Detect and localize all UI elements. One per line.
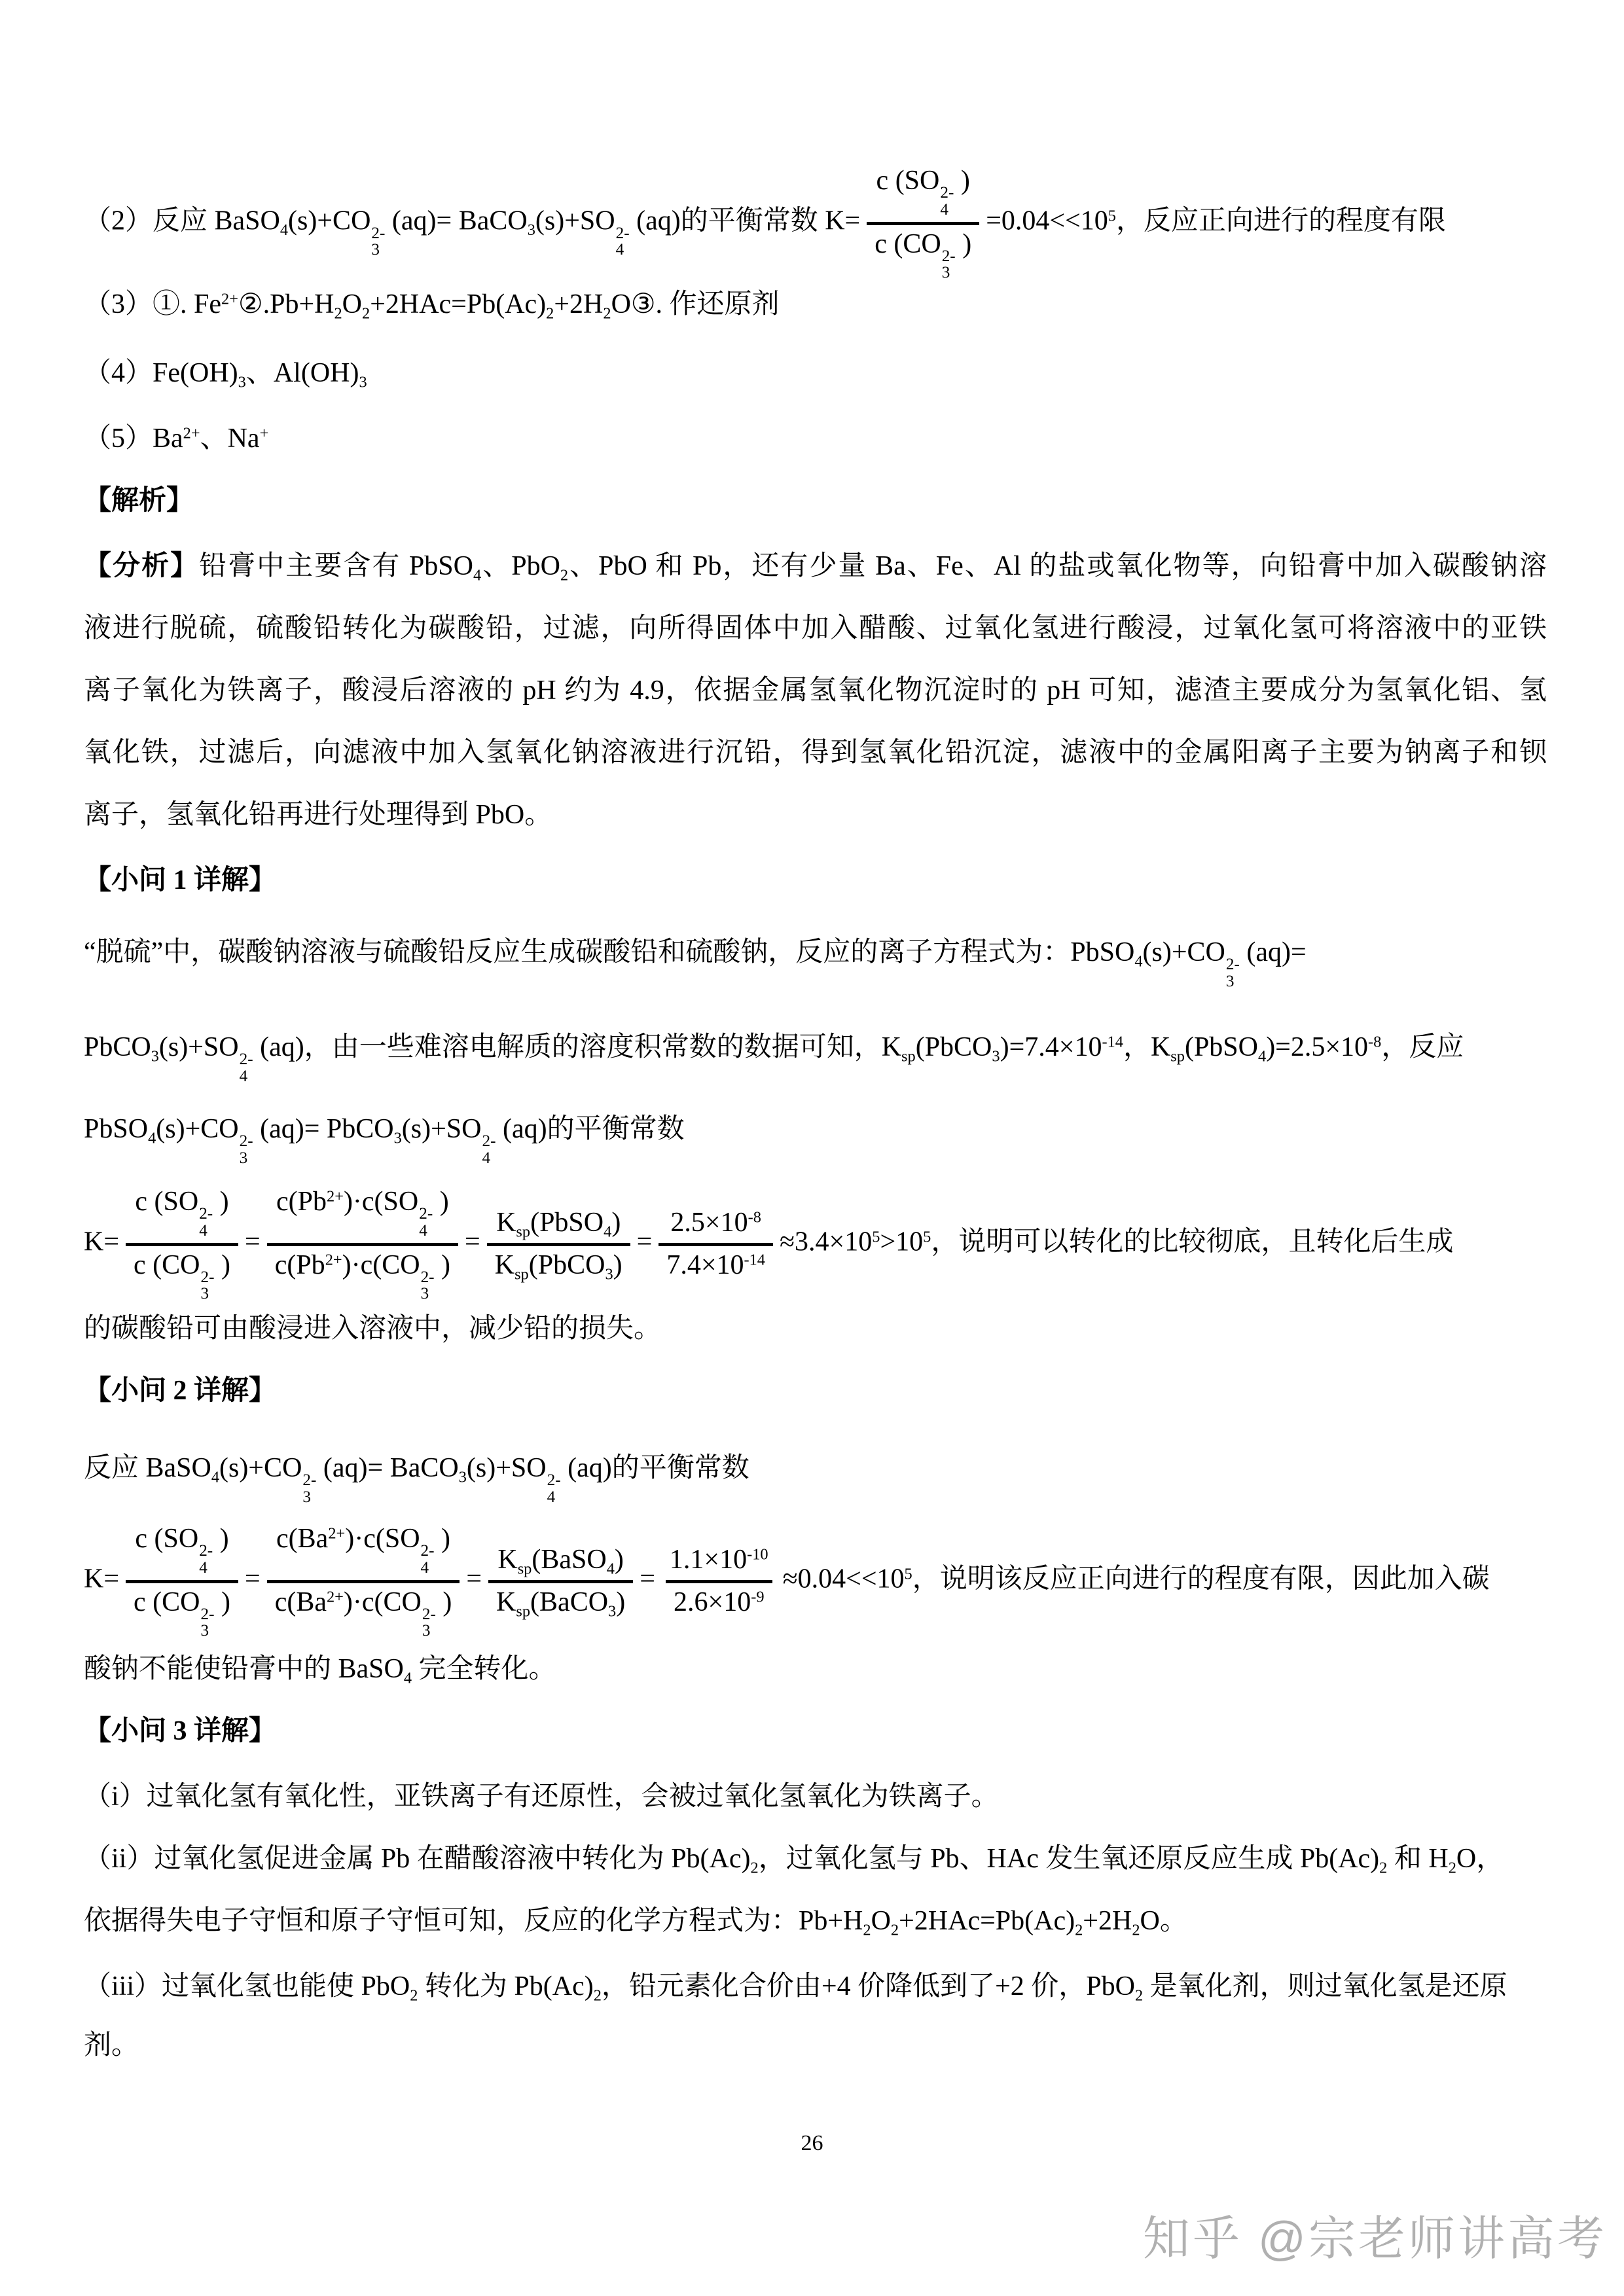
text-run: （4）Fe(OH) (84, 358, 238, 388)
document-page: （2）反应 BaSO4(s)+CO2-3 (aq)= BaCO3(s)+SO2-… (0, 0, 1624, 2296)
ion-charge: 2- (616, 225, 630, 242)
document-line: 【小问 2 详解】 (84, 1374, 276, 1408)
fraction: c (SO2-4 )c (CO2-3 ) (126, 1185, 238, 1304)
ion-charge: 2- (201, 1269, 215, 1286)
text-run: ) (613, 1250, 623, 1280)
fraction-numerator: c (SO2-4 ) (127, 1185, 236, 1243)
text-run: +2H (554, 289, 603, 319)
text-run: (s)+SO (402, 1114, 482, 1144)
ion-subscript: 4 (199, 1560, 208, 1577)
text-run: O (342, 289, 362, 319)
text-run: 依据得失电子守恒和原子守恒可知，反应的化学方程式为：Pb+H (84, 1906, 863, 1936)
text-run: K= (84, 1564, 119, 1594)
document-line: 离子氧化为铁离子，酸浸后溶液的 pH 约为 4.9，依据金属氢氧化物沉淀时的 p… (84, 674, 1547, 708)
fraction-numerator: Ksp(BaSO4) (490, 1543, 632, 1580)
fraction: Ksp(PbSO4)Ksp(PbCO3) (487, 1206, 630, 1283)
text-run: )=7.4×10 (1000, 1032, 1102, 1062)
ion-charge: 2- (240, 1051, 253, 1068)
text-run: ，说明可以转化的比较彻底，且转化后生成 (931, 1227, 1453, 1257)
text-run: c(Ba (275, 1587, 327, 1617)
text-run: （5）Ba (84, 423, 183, 454)
fraction-denominator: 7.4×10-14 (659, 1243, 773, 1283)
ion-charge-stack: 2-4 (940, 185, 954, 218)
text-run: ) (435, 1524, 451, 1554)
subscript: 3 (528, 221, 535, 239)
text-run: (PbCO (916, 1032, 992, 1062)
text-run: (PbSO (1185, 1032, 1258, 1062)
text-run: = (245, 1564, 261, 1594)
subscript: 3 (394, 1130, 402, 1147)
subscript: sp (516, 1602, 530, 1620)
ion-charge-stack: 2-4 (547, 1472, 561, 1505)
subscript: 4 (280, 221, 288, 239)
fraction: c (SO2-4 )c (CO2-3 ) (126, 1522, 238, 1641)
text-run: ) (611, 1208, 621, 1238)
document-line: 离子，氢氧化铅再进行处理得到 PbO。 (84, 798, 552, 832)
ion-charge: 2- (371, 225, 385, 242)
text-run: ) (433, 1187, 449, 1217)
text-run: (BaCO (530, 1587, 608, 1617)
text-run: 、Al(OH) (246, 358, 359, 388)
ion-subscript: 3 (371, 242, 380, 259)
text-run: 完全转化。 (412, 1654, 556, 1684)
text-run: )·c(CO (342, 1250, 420, 1280)
text-run: ) (435, 1250, 451, 1280)
subscript: 4 (1258, 1048, 1266, 1066)
text-run: )·c(CO (344, 1587, 422, 1617)
subscript: 4 (148, 1130, 156, 1147)
subscript: 2 (546, 305, 554, 323)
ion-charge: 2- (940, 185, 954, 202)
ion-subscript: 3 (240, 1150, 248, 1167)
text-run: ) (616, 1587, 625, 1617)
subscript: 4 (604, 1223, 611, 1240)
superscript: -8 (1368, 1033, 1381, 1051)
ion-charge: 2- (547, 1472, 561, 1489)
text-run: (aq)= PbCO (253, 1114, 394, 1144)
fraction-numerator: c(Ba2+)·c(SO2-4 ) (268, 1522, 458, 1580)
subscript: 3 (605, 1265, 613, 1283)
text-run: (aq)，由一些难溶电解质的溶度积常数的数据可知，K (253, 1032, 901, 1062)
subscript: 2 (1449, 1859, 1456, 1877)
text-run: PbCO (84, 1032, 151, 1062)
text-run: 、PbO (481, 551, 560, 581)
text-run: ，反应 (1381, 1032, 1464, 1062)
ion-charge-stack: 2-4 (419, 1206, 433, 1239)
ion-charge-stack: 2-3 (201, 1606, 215, 1640)
text-run: (aq)= (1240, 937, 1307, 967)
subscript: 4 (473, 567, 481, 584)
text-run: =0.04<<10 (986, 206, 1108, 236)
text-run: ，说明该反应正向进行的程度有限，因此加入碳 (912, 1564, 1490, 1594)
text-run: c (SO (135, 1524, 198, 1554)
ion-charge-stack: 2-3 (1226, 956, 1240, 990)
text-run: = (640, 1564, 655, 1594)
text-run: 反应 BaSO (84, 1453, 211, 1483)
superscript: 2+ (328, 1525, 345, 1543)
ion-charge-stack: 2-3 (422, 1606, 436, 1640)
text-run: 氧化铁，过滤后，向滤液中加入氢氧化钠溶液进行沉铅，得到氢氧化铅沉淀，滤液中的金属… (84, 738, 1547, 768)
text-run: c (SO (135, 1187, 198, 1217)
document-line: 反应 BaSO4(s)+CO2-3 (aq)= BaCO3(s)+SO2-4 (… (84, 1452, 749, 1506)
fraction: c(Ba2+)·c(SO2-4 )c(Ba2+)·c(CO2-3 ) (267, 1522, 460, 1641)
text-run: （i）过氧化氢有氧化性，亚铁离子有还原性，会被过氧化氢氧化为铁离子。 (84, 1782, 999, 1812)
document-line: 【解析】 (84, 484, 194, 518)
text-run: O， (1456, 1844, 1504, 1874)
ion-subscript: 4 (421, 1560, 429, 1577)
text-run: +2HAc=Pb(Ac) (370, 289, 546, 319)
text-run: 和 H (1387, 1844, 1448, 1874)
ion-subscript: 4 (482, 1150, 491, 1167)
document-line: （ii）过氧化氢促进金属 Pb 在醋酸溶液中转化为 Pb(Ac)2，过氧化氢与 … (84, 1842, 1504, 1876)
text-run: ) (615, 1545, 624, 1575)
text-run: 酸钠不能使铅膏中的 BaSO (84, 1654, 404, 1684)
text-run: ) (215, 1250, 231, 1280)
subscript: 3 (359, 374, 367, 391)
ion-charge: 2- (421, 1269, 435, 1286)
ion-subscript: 4 (547, 1489, 556, 1506)
subscript: 4 (1134, 953, 1142, 971)
text-run: ≈3.4×10 (780, 1227, 872, 1257)
ion-charge-stack: 2-4 (421, 1543, 435, 1576)
fraction-numerator: 1.1×10-10 (662, 1543, 776, 1580)
superscript: 2+ (327, 1188, 344, 1206)
document-line: （3）①. Fe2+②.Pb+H2O2+2HAc=Pb(Ac)2+2H2O③. … (84, 288, 780, 321)
ion-charge: 2- (199, 1543, 213, 1560)
document-line: “脱硫”中，碳酸钠溶液与硫酸铅反应生成碳酸铅和硫酸钠，反应的离子方程式为：PbS… (84, 936, 1307, 990)
text-run: (s)+CO (1143, 937, 1225, 967)
text-run: c(Pb (276, 1187, 327, 1217)
subscript: sp (514, 1265, 529, 1283)
text-run: K (497, 1545, 517, 1575)
document-line: 酸钠不能使铅膏中的 BaSO4 完全转化。 (84, 1653, 556, 1686)
text-run: （3）①. Fe (84, 289, 221, 319)
document-line: 液进行脱硫，硫酸铅转化为碳酸铅，过滤，向所得固体中加入醋酸、过氧化氢进行酸浸，过… (84, 612, 1547, 645)
subscript: 2 (594, 1987, 602, 2005)
ion-subscript: 4 (199, 1223, 208, 1240)
text-run: 、Na (200, 423, 260, 454)
subscript: 4 (211, 1469, 219, 1486)
text-run: 铅膏中主要含有 PbSO (199, 551, 473, 581)
text-run: K= (84, 1227, 119, 1257)
fraction: c(Pb2+)·c(SO2-4 )c(Pb2+)·c(CO2-3 ) (267, 1185, 458, 1304)
ion-charge-stack: 2-4 (616, 225, 630, 259)
document-line: （4）Fe(OH)3、Al(OH)3 (84, 357, 367, 390)
superscript: -9 (751, 1588, 764, 1605)
text-run: (s)+SO (159, 1032, 239, 1062)
fraction: 2.5×10-87.4×10-14 (659, 1206, 773, 1283)
superscript: -8 (748, 1209, 761, 1227)
text-run: （iii）过氧化氢也能使 PbO (84, 1971, 410, 2001)
ion-charge: 2- (201, 1606, 215, 1623)
text-run: 转化为 Pb(Ac) (418, 1971, 593, 2001)
subscript: sp (1170, 1048, 1185, 1066)
ion-charge: 2- (942, 248, 956, 265)
superscript: 5 (872, 1228, 880, 1246)
text-run: ) (436, 1587, 452, 1617)
document-line: 【分析】铅膏中主要含有 PbSO4、PbO2、PbO 和 Pb，还有少量 Ba、… (84, 550, 1547, 583)
fraction: 1.1×10-102.6×10-9 (662, 1543, 776, 1620)
text-run: ) (956, 229, 972, 259)
text-run: 液进行脱硫，硫酸铅转化为碳酸铅，过滤，向所得固体中加入醋酸、过氧化氢进行酸浸，过… (84, 613, 1547, 643)
superscript: 5 (923, 1228, 931, 1246)
document-line: PbSO4(s)+CO2-3 (aq)= PbCO3(s)+SO2-4 (aq)… (84, 1113, 685, 1167)
text-run: (s)+CO (288, 206, 370, 236)
fraction-numerator: Ksp(PbSO4) (488, 1206, 628, 1243)
text-run: = (466, 1564, 482, 1594)
text-run: （ii）过氧化氢促进金属 Pb 在醋酸溶液中转化为 Pb(Ac) (84, 1844, 751, 1874)
subscript: 2 (603, 305, 611, 323)
document-line: K=c (SO2-4 )c (CO2-3 )=c(Pb2+)·c(SO2-4 )… (84, 1185, 1453, 1304)
subscript: 2 (1379, 1859, 1387, 1877)
text-run: (PbCO (529, 1250, 605, 1280)
document-line: K=c (SO2-4 )c (CO2-3 )=c(Ba2+)·c(SO2-4 )… (84, 1522, 1490, 1641)
text-run: +2H (1083, 1906, 1132, 1936)
text-run: >10 (880, 1227, 923, 1257)
ion-charge-stack: 2-4 (482, 1133, 496, 1166)
text-run: 离子氧化为铁离子，酸浸后溶液的 pH 约为 4.9，依据金属氢氧化物沉淀时的 p… (84, 675, 1547, 706)
subscript: 2 (1075, 1922, 1083, 1939)
document-line: 【小问 3 详解】 (84, 1715, 276, 1748)
text-run: 1.1×10 (670, 1545, 747, 1575)
superscript: 5 (905, 1565, 912, 1583)
watermark: 知乎 @宗老师讲高考 (1143, 2200, 1607, 2269)
fraction: c (SO2-4 )c (CO2-3 ) (867, 164, 979, 283)
document-line: 的碳酸铅可由酸浸进入溶液中，减少铅的损失。 (84, 1312, 661, 1346)
text-run: 7.4×10 (666, 1250, 744, 1280)
subscript: sp (518, 1560, 532, 1577)
document-line: （iii）过氧化氢也能使 PbO2 转化为 Pb(Ac)2，铅元素化合价由+4 … (84, 1970, 1507, 2003)
text-run: ，反应正向进行的程度有限 (1116, 206, 1446, 236)
ion-charge: 2- (1226, 956, 1240, 973)
text-run: O③. 作还原剂 (611, 289, 780, 319)
ion-subscript: 4 (940, 202, 948, 219)
fraction-denominator: 2.6×10-9 (666, 1580, 772, 1621)
fraction-denominator: c(Pb2+)·c(CO2-3 ) (267, 1243, 458, 1304)
text-run: c (CO (875, 229, 941, 259)
superscript: 2+ (221, 291, 238, 308)
subscript: 2 (334, 305, 342, 323)
document-line: 依据得失电子守恒和原子守恒可知，反应的化学方程式为：Pb+H2O2+2HAc=P… (84, 1905, 1187, 1938)
text-run: ≈0.04<<10 (783, 1564, 905, 1594)
subscript: 2 (751, 1859, 759, 1877)
fraction-numerator: c (SO2-4 ) (127, 1522, 236, 1580)
text-run: +2HAc=Pb(Ac) (899, 1906, 1075, 1936)
superscript: 2+ (183, 425, 200, 442)
text-run: K (495, 1250, 514, 1280)
text-run: (aq)的平衡常数 (496, 1114, 684, 1144)
text-run: ②.Pb+H (238, 289, 334, 319)
subscript: 3 (459, 1469, 467, 1486)
text-run: 2.6×10 (674, 1587, 751, 1617)
subscript: 4 (607, 1560, 615, 1577)
ion-charge-stack: 2-3 (942, 248, 956, 281)
text-run: )·c(SO (345, 1524, 420, 1554)
document-line: 【小问 1 详解】 (84, 864, 276, 897)
text-run: (s)+CO (156, 1114, 238, 1144)
text-run: )=2.5×10 (1266, 1032, 1368, 1062)
fraction-denominator: Ksp(PbCO3) (487, 1243, 630, 1283)
document-line: （2）反应 BaSO4(s)+CO2-3 (aq)= BaCO3(s)+SO2-… (84, 164, 1446, 283)
subscript: 4 (404, 1670, 412, 1687)
fraction-denominator: c (CO2-3 ) (126, 1580, 238, 1641)
document-line: （i）过氧化氢有氧化性，亚铁离子有还原性，会被过氧化氢氧化为铁离子。 (84, 1780, 999, 1814)
subscript: 3 (608, 1602, 616, 1620)
text-run: ) (213, 1524, 229, 1554)
document-line: PbCO3(s)+SO2-4 (aq)，由一些难溶电解质的溶度积常数的数据可知，… (84, 1031, 1464, 1085)
ion-charge: 2- (199, 1206, 213, 1223)
superscript: 5 (1108, 207, 1116, 224)
text-run: c (CO (134, 1250, 200, 1280)
text-run: 【小问 3 详解】 (84, 1716, 276, 1746)
subscript: 2 (1132, 1922, 1140, 1939)
fraction-denominator: c (CO2-3 ) (126, 1243, 238, 1304)
ion-charge-stack: 2-3 (201, 1269, 215, 1302)
subscript: 2 (1135, 1987, 1143, 2005)
text-run: 离子，氢氧化铅再进行处理得到 PbO。 (84, 800, 552, 830)
document-line: 氧化铁，过滤后，向滤液中加入氢氧化钠溶液进行沉铅，得到氢氧化铅沉淀，滤液中的金属… (84, 736, 1547, 770)
subscript: sp (901, 1048, 916, 1066)
subscript: 3 (151, 1048, 159, 1066)
ion-charge: 2- (422, 1606, 436, 1623)
fraction-numerator: c (SO2-4 ) (869, 164, 978, 222)
superscript: 2+ (325, 1251, 342, 1268)
text-run: ) (213, 1187, 229, 1217)
ion-charge-stack: 2-3 (421, 1269, 435, 1302)
subscript: 2 (410, 1987, 418, 2005)
subscript: 2 (891, 1922, 899, 1939)
fraction-numerator: 2.5×10-8 (662, 1206, 768, 1243)
ion-subscript: 3 (422, 1623, 431, 1640)
ion-subscript: 4 (240, 1068, 248, 1085)
ion-subscript: 3 (302, 1489, 311, 1506)
text-run: 【分析】 (84, 551, 199, 581)
text-run: = (245, 1227, 261, 1257)
text-run: = (465, 1227, 480, 1257)
text-run: = (637, 1227, 653, 1257)
text-run: (s)+SO (467, 1453, 547, 1483)
ion-charge-stack: 2-3 (240, 1133, 253, 1166)
superscript: -14 (1102, 1033, 1123, 1051)
text-run: 【小问 1 详解】 (84, 865, 276, 895)
fraction-numerator: c(Pb2+)·c(SO2-4 ) (268, 1185, 457, 1243)
text-run: (aq)= BaCO (385, 206, 527, 236)
text-run: ，铅元素化合价由+4 价降低到了+2 价，PbO (602, 1971, 1135, 2001)
text-run: 剂。 (84, 2030, 139, 2060)
text-run: 是氧化剂，则过氧化氢是还原 (1143, 1971, 1507, 2001)
text-run: (aq)的平衡常数 K= (630, 206, 861, 236)
text-run: ，过氧化氢与 Pb、HAc 发生氧还原反应生成 Pb(Ac) (759, 1844, 1379, 1874)
ion-subscript: 3 (421, 1285, 429, 1302)
text-run: ) (954, 166, 970, 196)
text-run: c (CO (134, 1587, 200, 1617)
text-run: c (SO (876, 166, 940, 196)
text-run: (s)+SO (535, 206, 615, 236)
ion-subscript: 3 (201, 1623, 209, 1640)
text-run: K (496, 1208, 516, 1238)
fraction-denominator: Ksp(BaCO3) (488, 1580, 633, 1621)
superscript: -10 (747, 1546, 768, 1564)
text-run: c(Pb (275, 1250, 325, 1280)
text-run: ，K (1123, 1032, 1170, 1062)
text-run: (BaSO (532, 1545, 606, 1575)
superscript: -14 (744, 1251, 765, 1268)
ion-subscript: 4 (616, 242, 624, 259)
text-run: ) (215, 1587, 231, 1617)
subscript: 3 (238, 374, 246, 391)
ion-charge: 2- (419, 1206, 433, 1223)
text-run: 【小问 2 详解】 (84, 1376, 276, 1406)
ion-charge-stack: 2-3 (302, 1472, 316, 1505)
text-run: 的碳酸铅可由酸浸进入溶液中，减少铅的损失。 (84, 1314, 661, 1344)
text-run: (aq)的平衡常数 (561, 1453, 749, 1483)
text-run: （2）反应 BaSO (84, 206, 280, 236)
document-line: （5）Ba2+、Na+ (84, 422, 268, 456)
subscript: sp (516, 1223, 530, 1240)
ion-charge: 2- (302, 1472, 316, 1489)
ion-charge-stack: 2-4 (240, 1051, 253, 1085)
superscript: + (260, 425, 269, 442)
ion-subscript: 3 (942, 264, 950, 281)
ion-charge-stack: 2-4 (199, 1543, 213, 1576)
text-run: K (496, 1587, 516, 1617)
text-run: O。 (1140, 1906, 1187, 1936)
text-run: (s)+CO (219, 1453, 302, 1483)
text-run: “脱硫”中，碳酸钠溶液与硫酸铅反应生成碳酸铅和硫酸钠，反应的离子方程式为：PbS… (84, 937, 1134, 967)
text-run: c(Ba (276, 1524, 328, 1554)
fraction-denominator: c(Ba2+)·c(CO2-3 ) (267, 1580, 460, 1641)
fraction: Ksp(BaSO4)Ksp(BaCO3) (488, 1543, 633, 1620)
ion-subscript: 3 (1226, 973, 1235, 990)
fraction-denominator: c (CO2-3 ) (867, 222, 979, 283)
superscript: 2+ (327, 1588, 344, 1605)
subscript: 2 (560, 567, 568, 584)
ion-subscript: 4 (419, 1223, 427, 1240)
ion-charge: 2- (421, 1543, 435, 1560)
text-run: (PbSO (530, 1208, 604, 1238)
ion-charge-stack: 2-4 (199, 1206, 213, 1239)
text-run: 【解析】 (84, 486, 194, 516)
ion-charge: 2- (240, 1133, 253, 1150)
text-run: O (871, 1906, 891, 1936)
ion-subscript: 3 (201, 1285, 209, 1302)
document-line: 剂。 (84, 2029, 139, 2062)
ion-charge: 2- (482, 1133, 496, 1150)
text-run: )·c(SO (344, 1187, 418, 1217)
page-number: 26 (0, 2131, 1624, 2156)
subscript: 2 (863, 1922, 871, 1939)
text-run: 2.5×10 (670, 1208, 748, 1238)
subscript: 2 (362, 305, 370, 323)
ion-charge-stack: 2-3 (371, 225, 385, 259)
subscript: 3 (992, 1048, 1000, 1066)
text-run: PbSO (84, 1114, 148, 1144)
text-run: (aq)= BaCO (316, 1453, 458, 1483)
text-run: 、PbO 和 Pb，还有少量 Ba、Fe、Al 的盐或氧化物等，向铅膏中加入碳酸… (568, 551, 1547, 581)
